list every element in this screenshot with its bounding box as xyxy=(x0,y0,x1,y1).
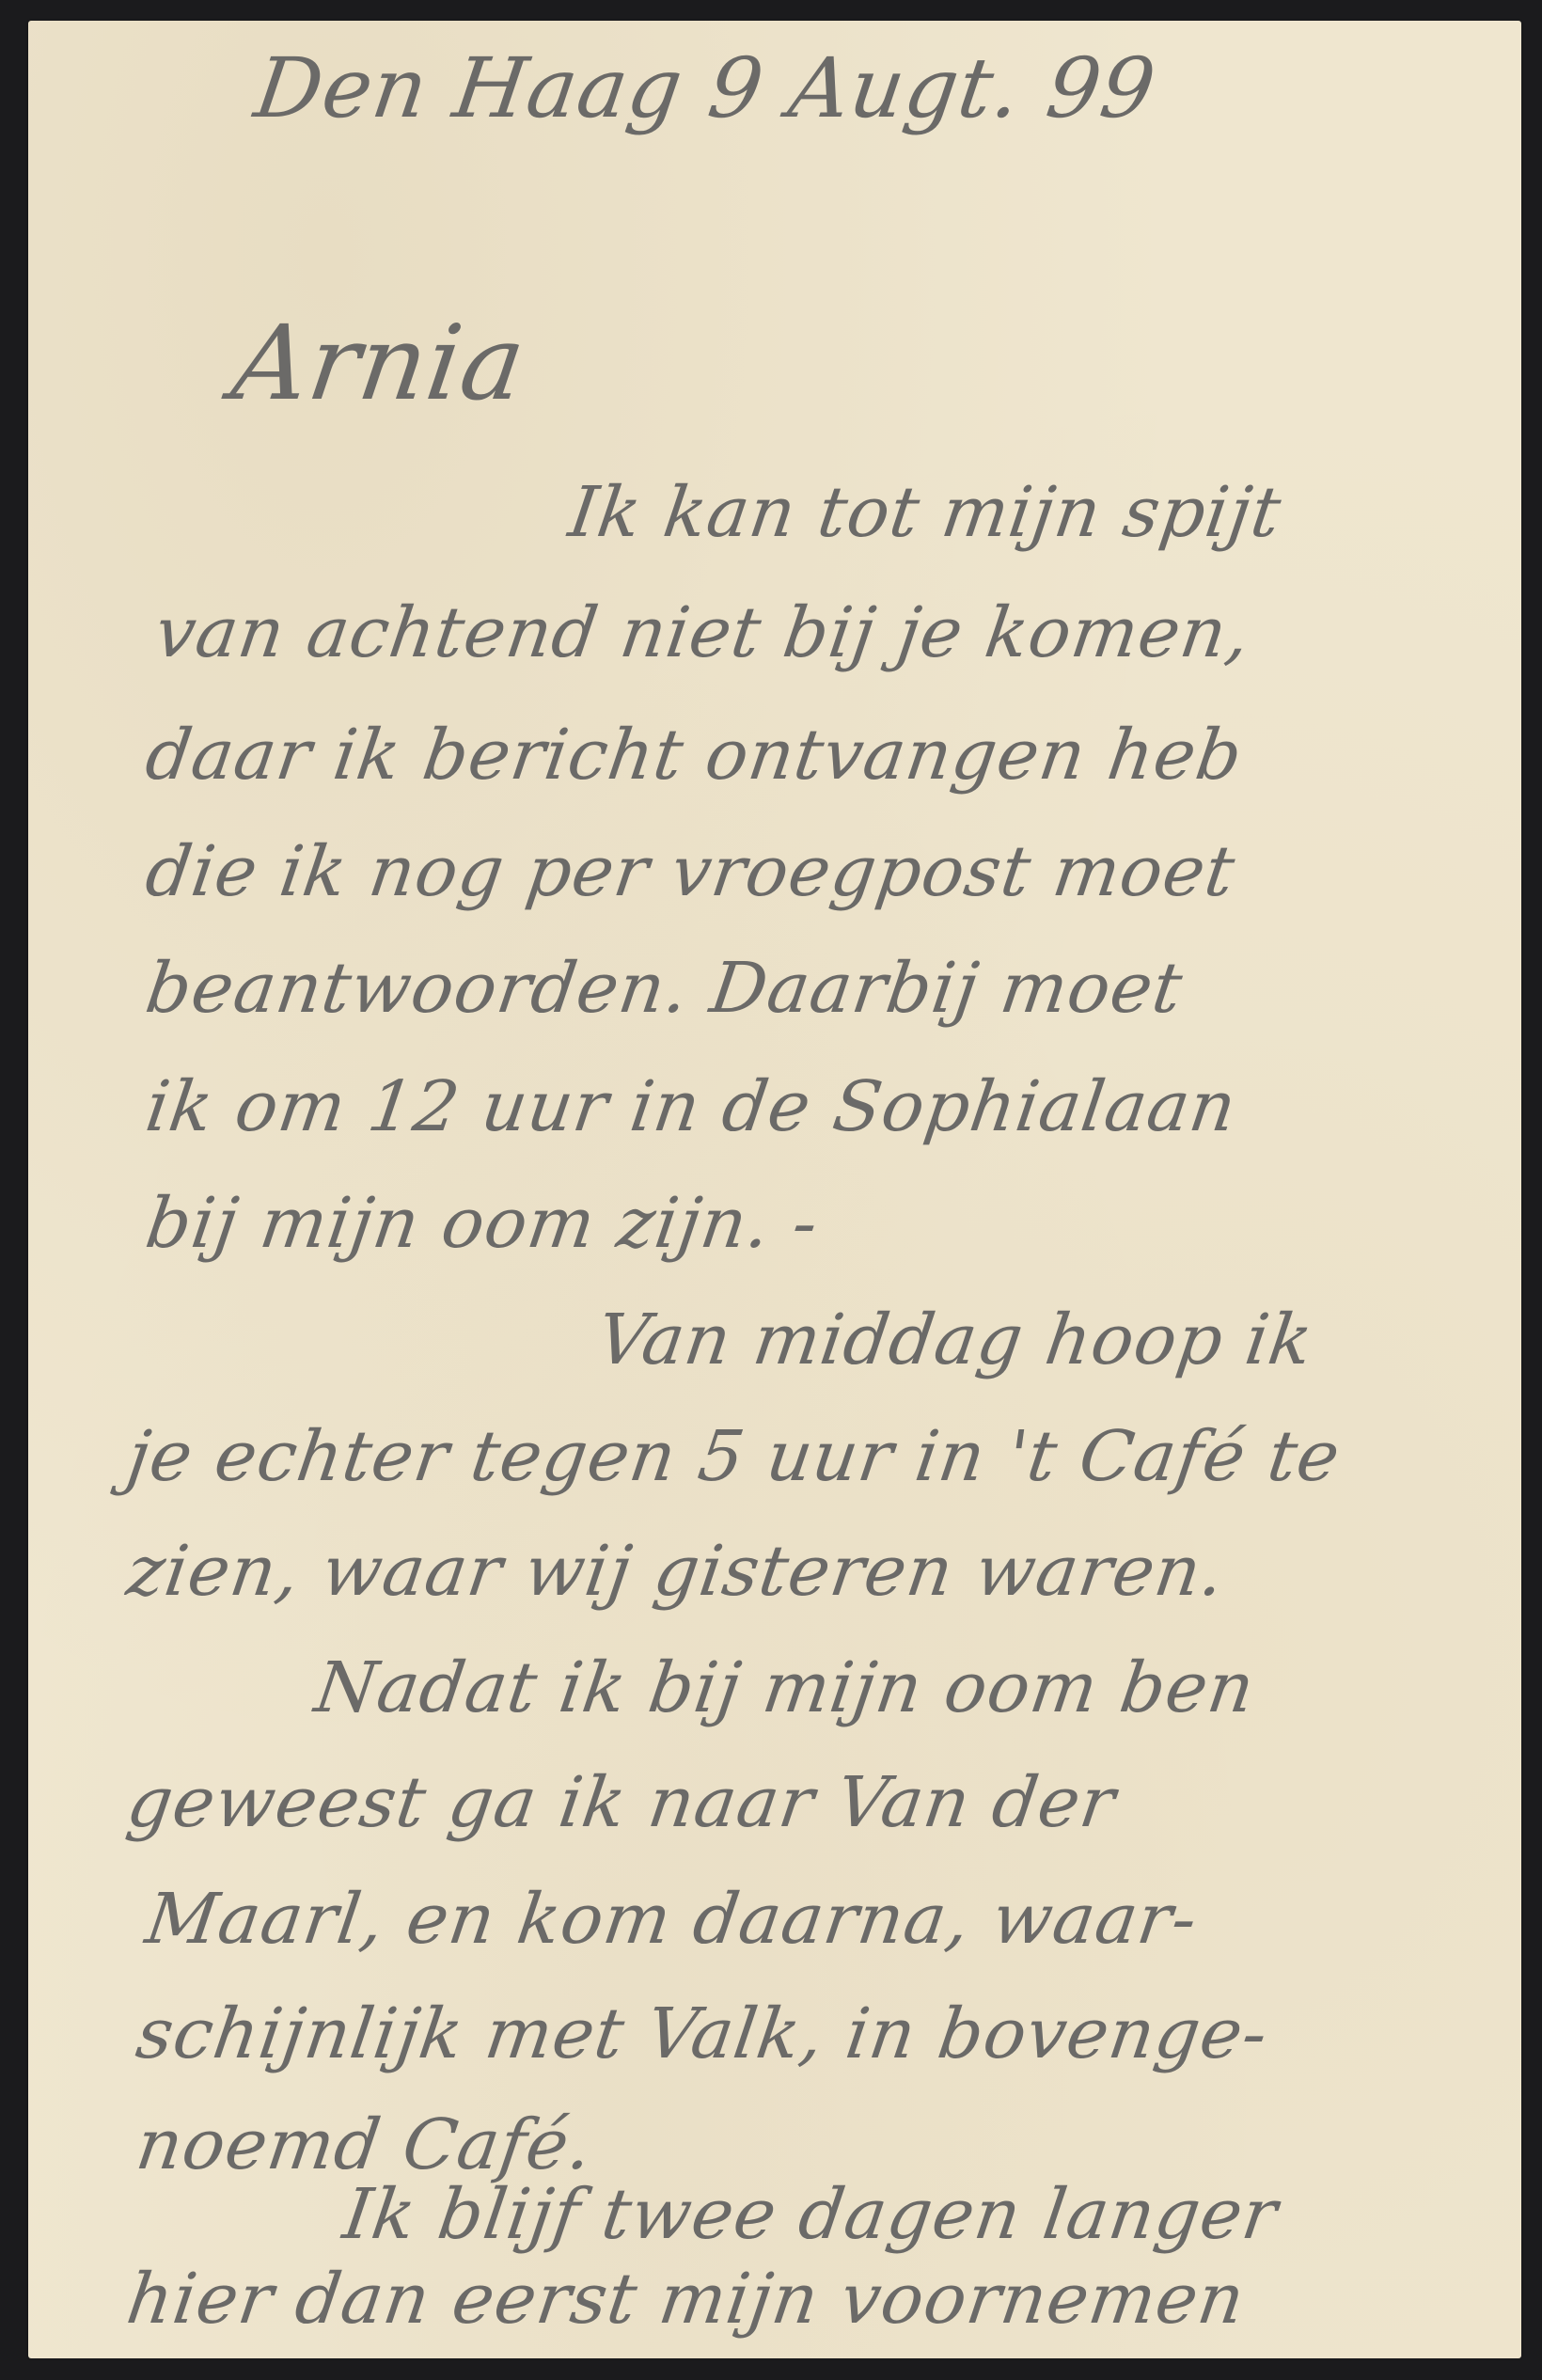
letter-line: daar ik bericht ontvangen heb xyxy=(141,715,1248,796)
letter-line: Maarl, en kom daarna, waar- xyxy=(141,1879,1203,1960)
letter-line: Van middag hoop ik xyxy=(592,1300,1318,1380)
letter-line: hier dan eerst mijn voornemen xyxy=(122,2259,1250,2340)
salutation: Arnia xyxy=(226,303,533,423)
letter-line: je echter tegen 5 uur in 't Café te xyxy=(122,1416,1345,1497)
letter-line: ik om 12 uur in de Sophialaan xyxy=(141,1066,1241,1147)
letter-line: bij mijn oom zijn. - xyxy=(141,1183,824,1264)
letter-line: geweest ga ik naar Van der xyxy=(122,1762,1121,1843)
letter-line: zien, waar wij gisteren waren. xyxy=(122,1531,1230,1612)
letter-page: Den Haag 9 Augt. 99 Arnia Ik kan tot mij… xyxy=(28,21,1521,2358)
letter-line: beantwoorden. Daarbij moet xyxy=(141,948,1188,1029)
date-line: Den Haag 9 Augt. 99 xyxy=(249,39,1162,136)
letter-line: die ik nog per vroegpost moet xyxy=(141,831,1240,912)
letter-line: Ik blijf twee dagen langer xyxy=(338,2174,1282,2255)
letter-line: Nadat ik bij mijn oom ben xyxy=(310,1647,1260,1728)
letter-line: van achtend niet bij je komen, xyxy=(150,592,1255,673)
letter-line: Ik kan tot mijn spijt xyxy=(564,472,1286,553)
letter-line: schijnlijk met Valk, in bovenge- xyxy=(132,1994,1273,2074)
